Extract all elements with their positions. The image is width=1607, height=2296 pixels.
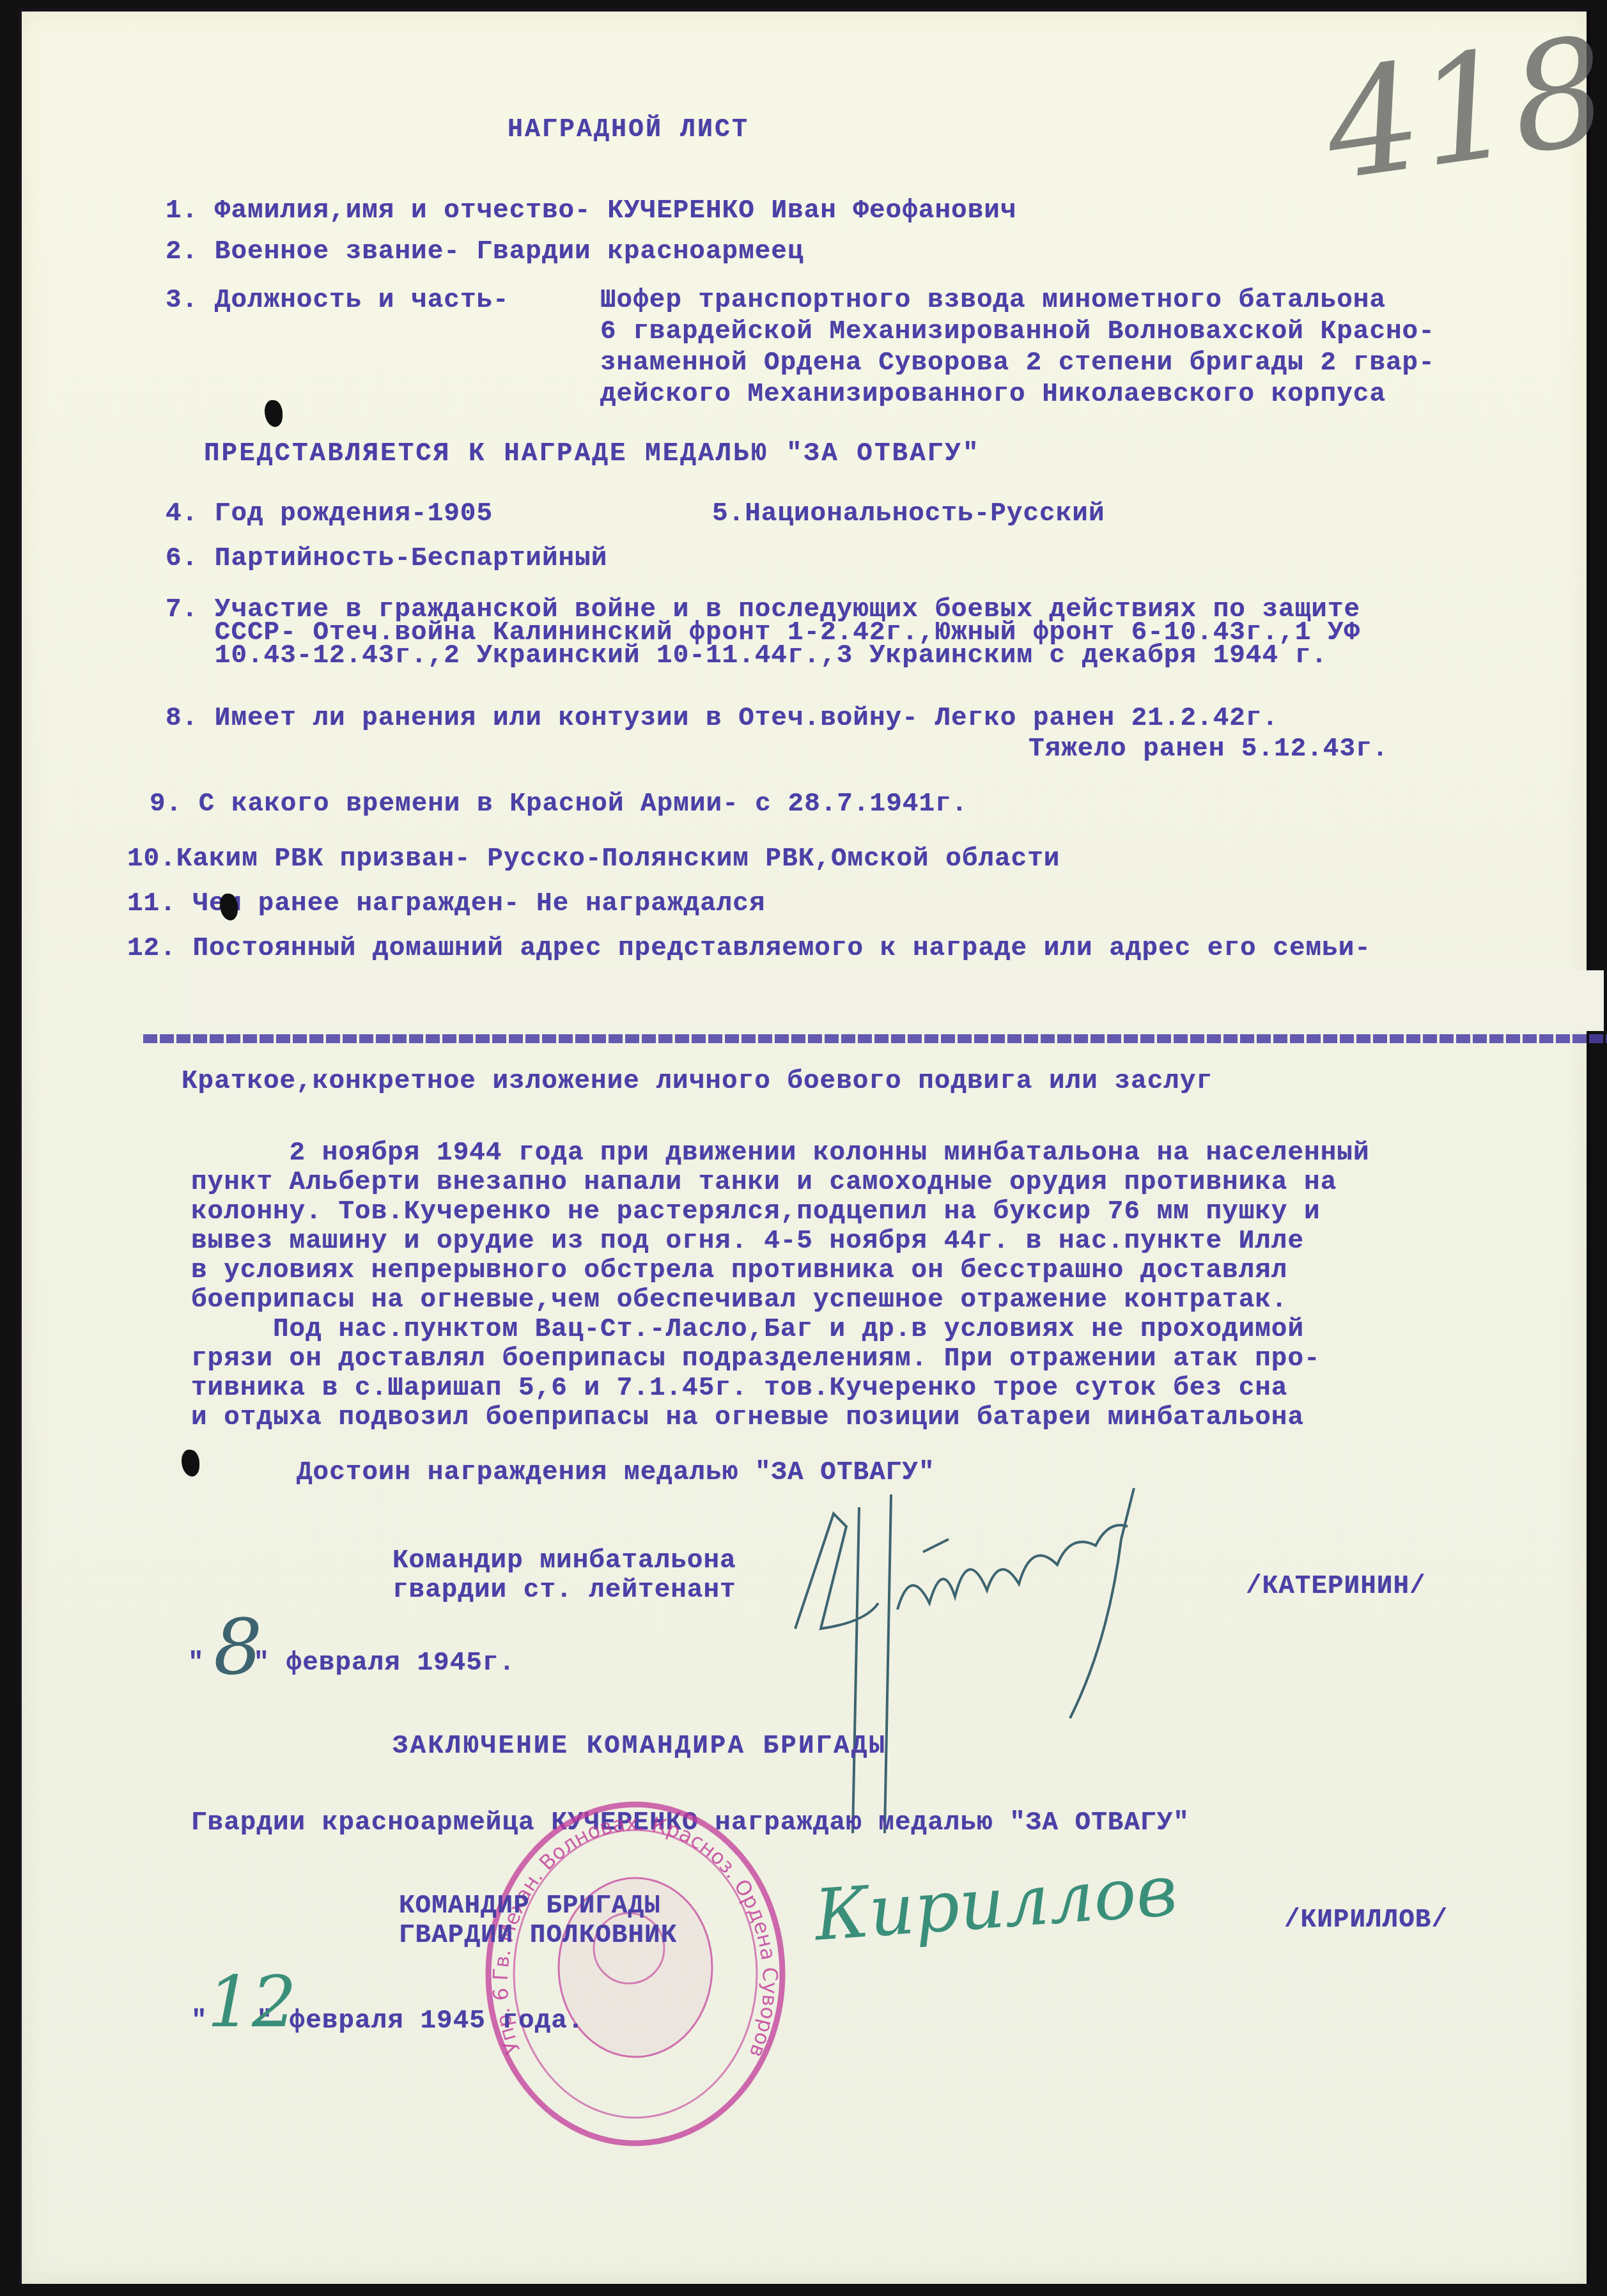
field-party: 6. Партийность-Беспартийный — [166, 543, 607, 574]
feat-line: вывез машину и орудие из под огня. 4-5 н… — [191, 1226, 1304, 1257]
brigade-heading: ЗАКЛЮЧЕНИЕ КОМАНДИРА БРИГАДЫ — [392, 1731, 887, 1762]
field-wounds-2: Тяжело ранен 5.12.43г. — [1029, 734, 1388, 764]
brigade-commander-name: /КИРИЛЛОВ/ — [1284, 1905, 1448, 1935]
document-title: НАГРАДНОЙ ЛИСТ — [508, 115, 749, 146]
field-since: 9. С какого времени в Красной Армии- с 2… — [150, 789, 968, 819]
field-nationality: 5.Национальность-Русский — [712, 499, 1105, 529]
punch-hole — [182, 1450, 199, 1477]
feat-line: колонну. Тов.Кучеренко не растерялся,под… — [191, 1197, 1321, 1227]
feat-line: тивника в с.Шаришап 5,6 и 7.1.45г. тов.К… — [191, 1373, 1287, 1404]
brigade-date-day: 12 — [207, 1961, 297, 2043]
brigade-commander-signature: Кириллов — [812, 1849, 1179, 1956]
field-position-line: 6 гвардейской Механизированной Волновахс… — [600, 316, 1435, 347]
field-position-line: дейского Механизированного Николаевского… — [600, 379, 1386, 410]
field-birth-year: 4. Год рождения-1905 — [166, 499, 493, 529]
brigade-commander-title-2: ГВАРДИИ ПОЛКОВНИК — [399, 1920, 677, 1951]
field-position-line: Шофер транспортного взвода минометного б… — [600, 285, 1386, 316]
award-sheet-page: 418 НАГРАДНОЙ ЛИСТ 1. Фамилия,имя и отче… — [19, 8, 1590, 2284]
separator-line — [143, 1034, 1607, 1043]
brigade-commander-title-1: КОМАНДИР БРИГАДЫ — [399, 1891, 661, 1921]
field-position-line: знаменной Ордена Суворова 2 степени бриг… — [600, 348, 1435, 378]
brigade-stamp: Упр. 6 Гв. Механ. Волновах. Красноз. Орд… — [469, 1795, 802, 2153]
field-name: 1. Фамилия,имя и отчество- КУЧЕРЕНКО Ива… — [166, 196, 1016, 226]
feat-line: в условиях непрерывного обстрела противн… — [191, 1255, 1287, 1286]
feat-heading: Краткое,конкретное изложение личного бое… — [182, 1066, 1213, 1097]
redacted-address-area — [191, 970, 1604, 1031]
feat-line: 2 ноября 1944 года при движении колонны … — [191, 1138, 1370, 1168]
field-participation-line: 10.43-12.43г.,2 Украинский 10-11.44г.,3 … — [166, 640, 1328, 671]
feat-line: пункт Альберти внезапно напали танки и с… — [191, 1167, 1337, 1198]
commander1-signature — [776, 1450, 1287, 1769]
field-rank: 2. Военное звание- Гвардии красноармеец — [166, 237, 804, 267]
field-address: 12. Постоянный домашний адрес представля… — [127, 933, 1371, 964]
punch-hole — [265, 400, 283, 427]
commander1-title-1: Командир минбатальона — [392, 1546, 736, 1576]
feat-line: грязи он доставлял боеприпасы подразделе… — [191, 1344, 1321, 1374]
commander1-date-day: 8 — [213, 1603, 262, 1692]
nomination-line: ПРЕДСТАВЛЯЕТСЯ К НАГРАДЕ МЕДАЛЬЮ "ЗА ОТВ… — [204, 438, 981, 469]
field-rvk: 10.Каким РВК призван- Русско-Полянским Р… — [127, 844, 1060, 874]
archive-number: 418 — [1316, 6, 1607, 213]
field-position-label: 3. Должность и часть- — [166, 285, 509, 316]
commander1-title-2: гвардии ст. лейтенант — [392, 1575, 736, 1606]
feat-line: Под нас.пунктом Вац-Ст.-Ласло,Баг и др.в… — [191, 1314, 1304, 1345]
feat-line: боеприпасы на огневые,чем обеспечивал ус… — [191, 1285, 1287, 1315]
feat-line: и отдыха подвозил боеприпасы на огневые … — [191, 1402, 1304, 1433]
field-wounds: 8. Имеет ли ранения или контузии в Отеч.… — [166, 703, 1278, 734]
